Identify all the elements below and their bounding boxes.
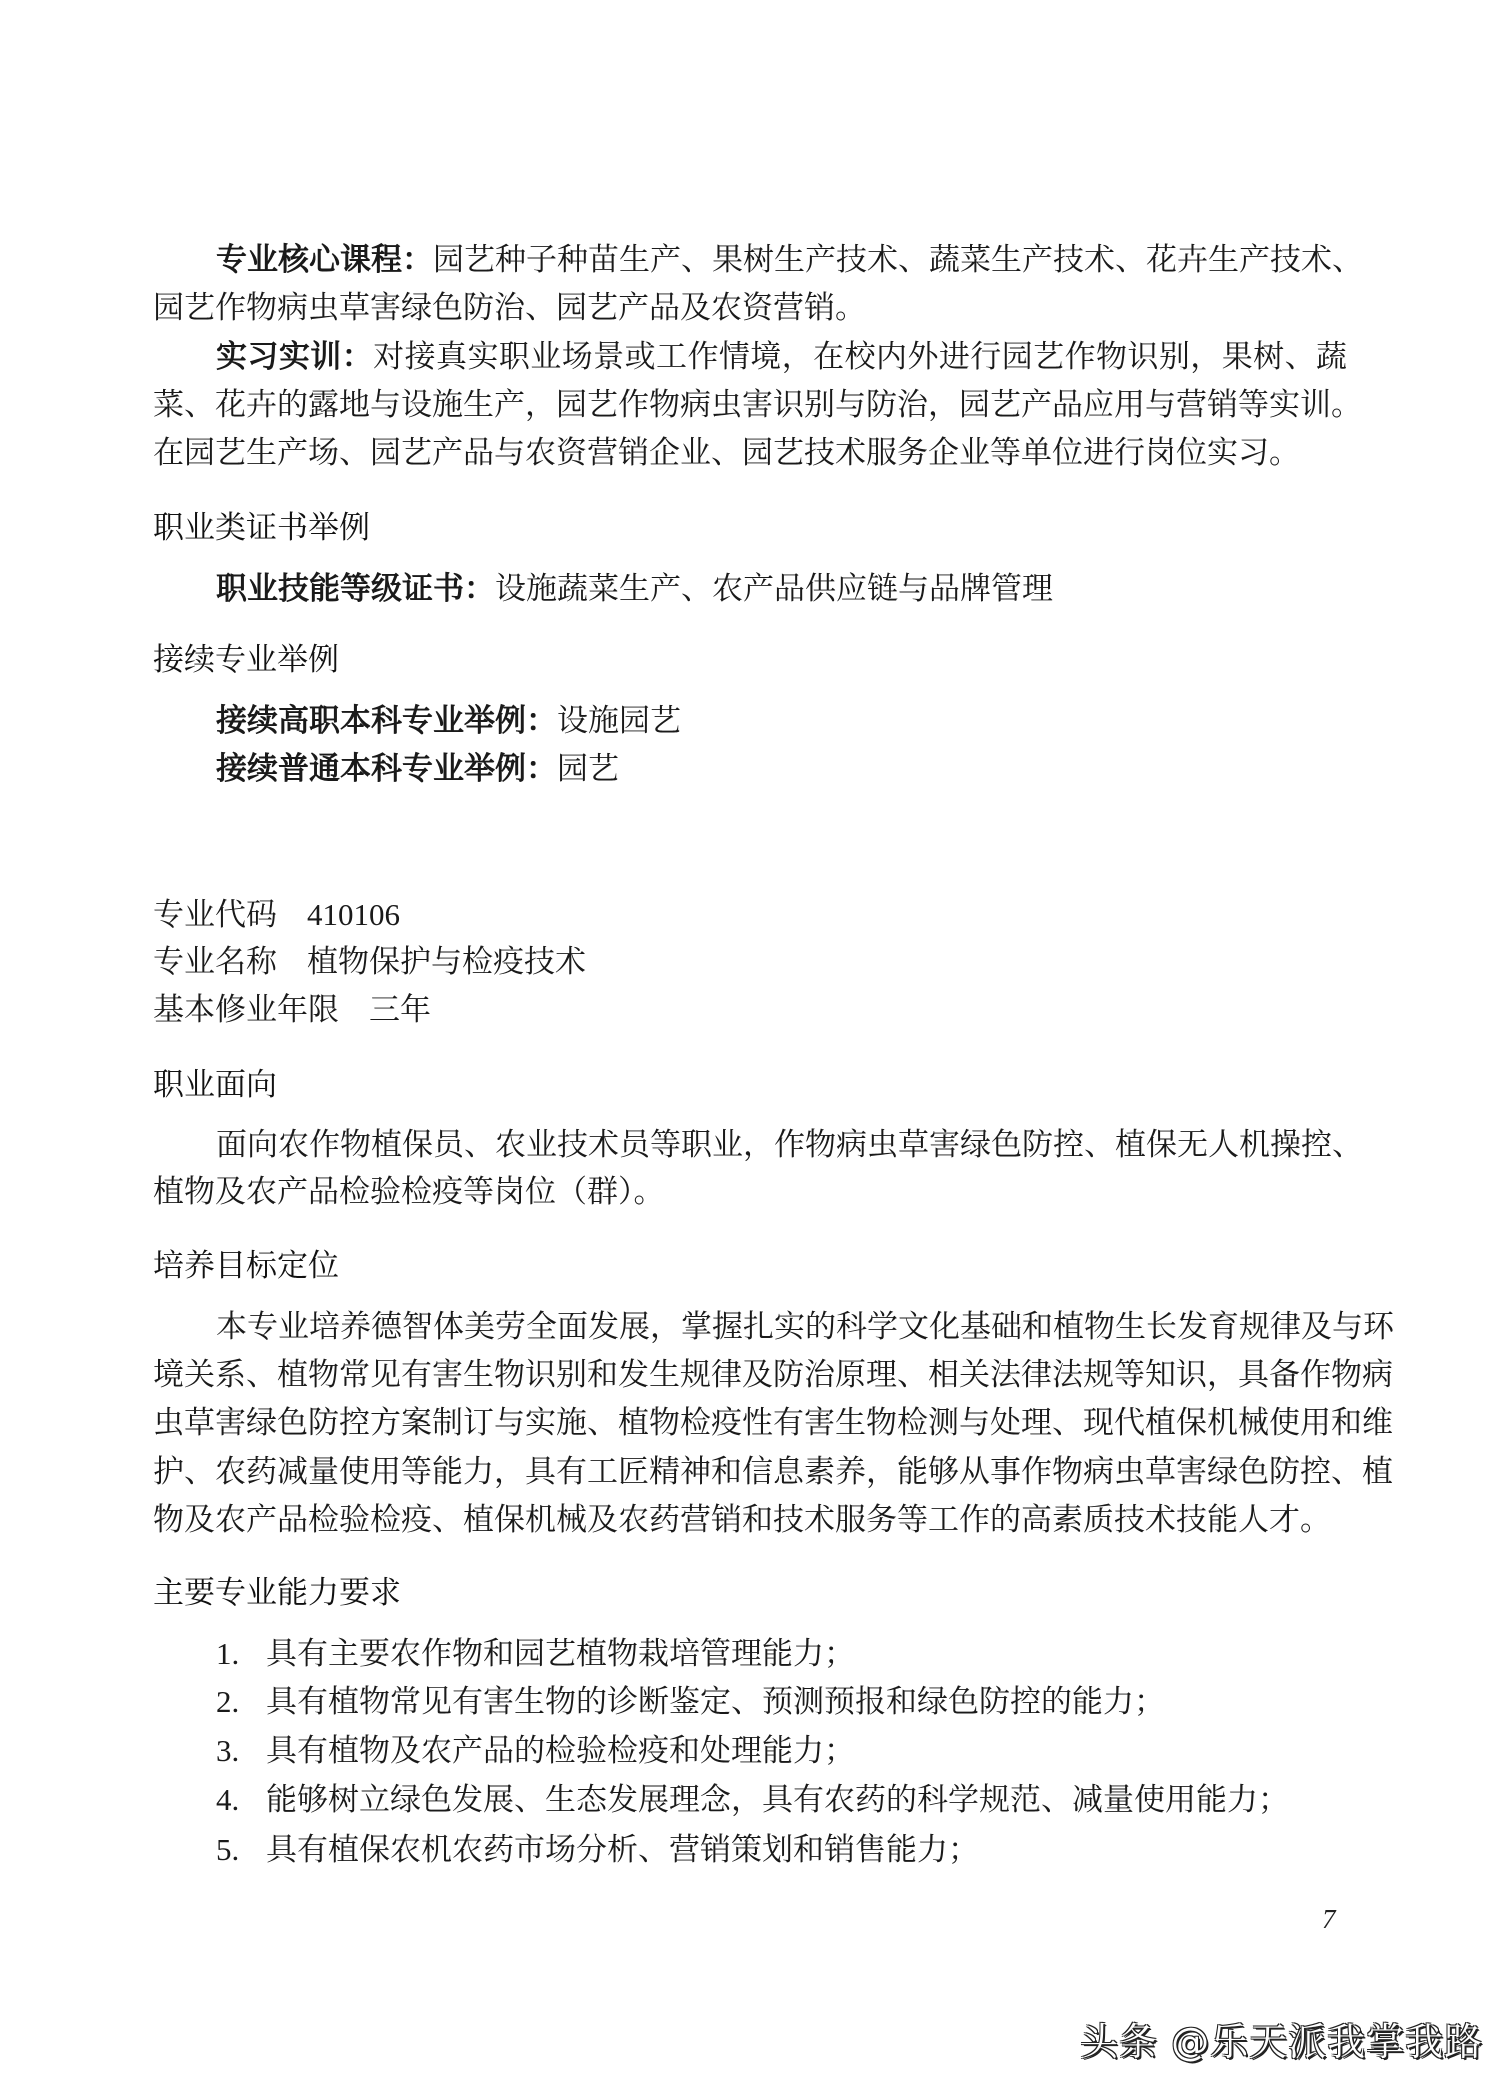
orientation-line-2: 植物及农产品检验检疫等岗位（群）。 [153, 1168, 665, 1216]
abilities-heading: 主要专业能力要求 [153, 1569, 401, 1617]
ability-item-1: 1.具有主要农作物和园艺植物栽培管理能力； [216, 1630, 855, 1678]
major-code-value: 410106 [307, 897, 400, 932]
core-courses-text: 园艺种子种苗生产、果树生产技术、蔬菜生产技术、花卉生产技术、 [433, 242, 1363, 278]
ability-text: 具有植物常见有害生物的诊断鉴定、预测预报和绿色防控的能力； [266, 1684, 1165, 1720]
duration-line: 基本修业年限三年 [153, 986, 431, 1034]
ability-text: 能够树立绿色发展、生态发展理念，具有农药的科学规范、减量使用能力； [266, 1782, 1289, 1818]
continuing-heading: 接续专业举例 [153, 636, 339, 684]
ability-number: 4. [216, 1776, 266, 1824]
internship-line-3: 在园艺生产场、园艺产品与农资营销企业、园艺技术服务企业等单位进行岗位实习。 [153, 429, 1300, 477]
continuing-general-label: 接续普通本科专业举例： [216, 751, 557, 787]
continuing-general-line: 接续普通本科专业举例：园艺 [216, 745, 619, 793]
document-page: 专业核心课程：园艺种子种苗生产、果树生产技术、蔬菜生产技术、花卉生产技术、 园艺… [0, 0, 1503, 2094]
continuing-higher-voc-value: 设施园艺 [557, 703, 681, 739]
objective-line-4: 护、农药减量使用等能力，具有工匠精神和信息素养，能够从事作物病虫草害绿色防控、植 [153, 1448, 1348, 1496]
internship-text: 对接真实职业场景或工作情境，在校内外进行园艺作物识别，果树、蔬 [373, 339, 1347, 375]
major-name-value: 植物保护与检疫技术 [307, 944, 586, 980]
core-courses-line-2: 园艺作物病虫草害绿色防治、园艺产品及农资营销。 [153, 284, 866, 332]
certificates-heading: 职业类证书举例 [153, 504, 370, 552]
ability-number: 2. [216, 1678, 266, 1726]
ability-number: 5. [216, 1826, 266, 1874]
watermark: 头条 @乐天派我掌我路 [1080, 2018, 1483, 2066]
continuing-higher-voc-line: 接续高职本科专业举例：设施园艺 [216, 697, 681, 745]
objective-heading: 培养目标定位 [153, 1242, 339, 1290]
ability-number: 1. [216, 1630, 266, 1678]
continuing-higher-voc-label: 接续高职本科专业举例： [216, 703, 557, 739]
orientation-line-1: 面向农作物植保员、农业技术员等职业，作物病虫草害绿色防控、植保无人机操控、 [216, 1121, 1347, 1169]
objective-line-2: 境关系、植物常见有害生物识别和发生规律及防治原理、相关法律法规等知识，具备作物病 [153, 1351, 1348, 1399]
objective-line-5: 物及农产品检验检疫、植保机械及农药营销和技术服务等工作的高素质技术技能人才。 [153, 1496, 1331, 1544]
ability-number: 3. [216, 1727, 266, 1775]
objective-line-3: 虫草害绿色防控方案制订与实施、植物检疫性有害生物检测与处理、现代植保机械使用和维 [153, 1399, 1348, 1447]
certificates-line: 职业技能等级证书：设施蔬菜生产、农产品供应链与品牌管理 [216, 565, 1053, 613]
orientation-heading: 职业面向 [153, 1061, 277, 1109]
internship-line-2: 菜、花卉的露地与设施生产，园艺作物病虫害识别与防治，园艺产品应用与营销等实训。 [153, 381, 1348, 429]
internship-line-1: 实习实训：对接真实职业场景或工作情境，在校内外进行园艺作物识别，果树、蔬 [216, 333, 1347, 381]
major-code-line: 专业代码410106 [153, 891, 400, 939]
certificates-value: 设施蔬菜生产、农产品供应链与品牌管理 [495, 571, 1053, 607]
duration-value: 三年 [369, 992, 431, 1028]
certificates-label: 职业技能等级证书： [216, 571, 495, 607]
objective-line-1: 本专业培养德智体美劳全面发展，掌握扎实的科学文化基础和植物生长发育规律及与环 [216, 1303, 1347, 1351]
ability-text: 具有主要农作物和园艺植物栽培管理能力； [266, 1636, 855, 1672]
major-code-label: 专业代码 [153, 897, 277, 933]
page-number: 7 [1322, 1904, 1336, 1935]
ability-item-2: 2.具有植物常见有害生物的诊断鉴定、预测预报和绿色防控的能力； [216, 1678, 1165, 1726]
major-name-line: 专业名称植物保护与检疫技术 [153, 938, 586, 986]
ability-item-5: 5.具有植保农机农药市场分析、营销策划和销售能力； [216, 1826, 979, 1874]
ability-item-4: 4.能够树立绿色发展、生态发展理念，具有农药的科学规范、减量使用能力； [216, 1776, 1289, 1824]
continuing-general-value: 园艺 [557, 751, 619, 787]
ability-text: 具有植保农机农药市场分析、营销策划和销售能力； [266, 1832, 979, 1868]
major-name-label: 专业名称 [153, 944, 277, 980]
core-courses-label: 专业核心课程： [216, 242, 433, 278]
duration-label: 基本修业年限 [153, 992, 339, 1028]
ability-text: 具有植物及农产品的检验检疫和处理能力； [266, 1733, 855, 1769]
ability-item-3: 3.具有植物及农产品的检验检疫和处理能力； [216, 1727, 855, 1775]
core-courses-line-1: 专业核心课程：园艺种子种苗生产、果树生产技术、蔬菜生产技术、花卉生产技术、 [216, 236, 1347, 284]
internship-label: 实习实训： [216, 339, 373, 375]
